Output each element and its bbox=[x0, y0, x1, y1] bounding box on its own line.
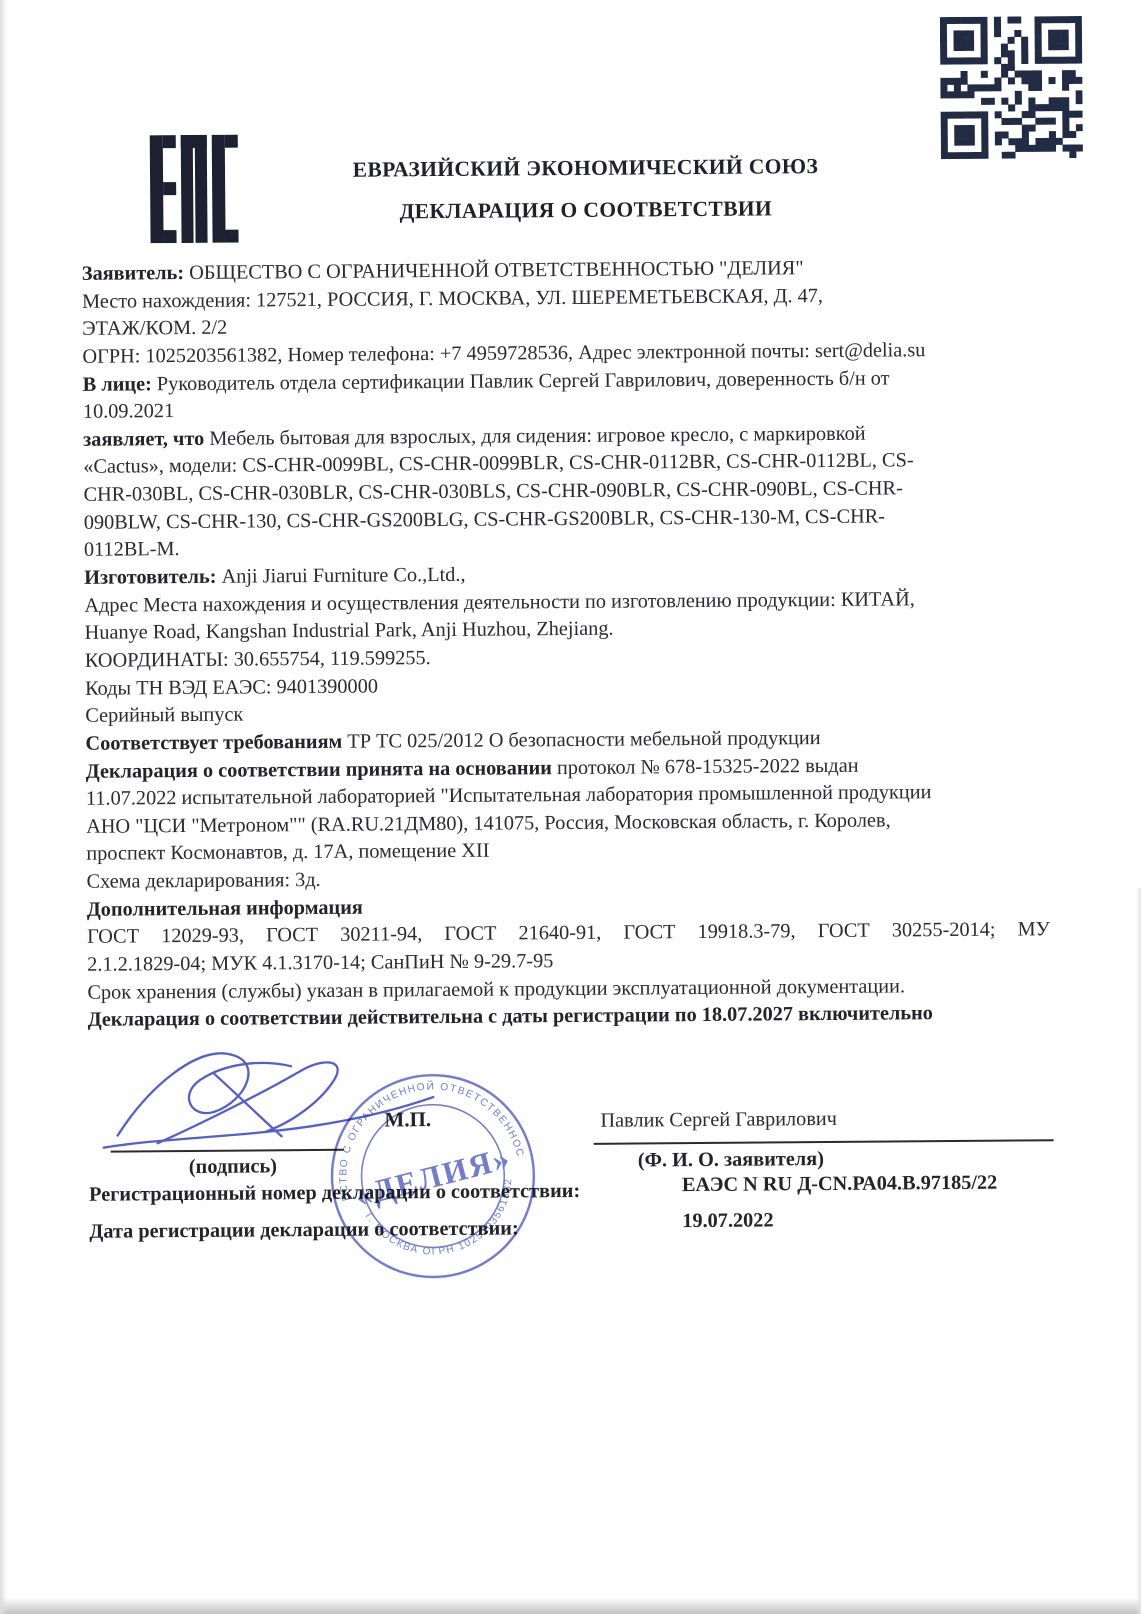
qr-code bbox=[940, 16, 1083, 159]
body-text: 11.07.2022 испытательной лабораторией "И… bbox=[86, 781, 932, 810]
registration-date-value: 19.07.2022 bbox=[682, 1209, 773, 1233]
body-text: ТР ТС 025/2012 О безопасности мебельной … bbox=[347, 727, 820, 753]
body-label-bold: В лице: bbox=[83, 373, 157, 396]
registration-number-value: ЕАЭС N RU Д-CN.РА04.В.97185/22 bbox=[682, 1172, 997, 1197]
body-label-bold: Декларация о соответствии принята на осн… bbox=[86, 757, 557, 783]
body-text: Адрес Места нахождения и осуществления д… bbox=[84, 588, 914, 617]
body-label-bold: Декларация о соответствии действительна … bbox=[88, 1002, 933, 1031]
body-text: CHR-030BL, CS-CHR-030BLR, CS-CHR-030BLS,… bbox=[83, 478, 902, 506]
body-text: Huanye Road, Kangshan Industrial Park, A… bbox=[85, 618, 614, 644]
eac-conformity-mark-icon bbox=[149, 135, 240, 244]
body-label-bold: Изготовитель: bbox=[84, 566, 222, 589]
body-text: проспект Космонавтов, д. 17А, помещение … bbox=[86, 840, 489, 865]
scan-edge-shadow-right bbox=[1136, 888, 1141, 1614]
body-text: 0112BL-M. bbox=[84, 538, 180, 561]
body-text: ГОСТ 12029-93, ГОСТ 30211-94, ГОСТ 21640… bbox=[87, 919, 1050, 949]
body-label-bold: Соответствует требованиям bbox=[85, 731, 347, 755]
body-text: АНО "ЦСИ "Метроном"" (RA.RU.21ДМ80), 141… bbox=[86, 809, 891, 837]
body-text: Руководитель отдела сертификации Павлик … bbox=[157, 367, 890, 395]
body-text: ОБЩЕСТВО С ОГРАНИЧЕННОЙ ОТВЕТСТВЕННОСТЬЮ… bbox=[189, 257, 804, 284]
body-text: 10.09.2021 bbox=[83, 400, 174, 423]
body-label-bold: Заявитель: bbox=[82, 262, 190, 285]
declaration-body-text: Заявитель: ОБЩЕСТВО С ОГРАНИЧЕННОЙ ОТВЕТ… bbox=[82, 253, 1051, 1034]
fio-line bbox=[594, 1139, 1054, 1145]
body-text: ОГРН: 1025203561382, Номер телефона: +7 … bbox=[82, 339, 925, 368]
applicant-name-caption: (Ф. И. О. заявителя) bbox=[638, 1148, 824, 1172]
signature-caption: (подпись) bbox=[189, 1155, 277, 1179]
applicant-name: Павлик Сергей Гаврилович bbox=[600, 1108, 837, 1133]
body-text: Anji Jiarui Furniture Co.,Ltd., bbox=[221, 564, 465, 588]
body-text: Мебель бытовая для взрослых, для сидения… bbox=[209, 423, 865, 450]
declaration-document-page: ЕВРАЗИЙСКИЙ ЭКОНОМИЧЕСКИЙ СОЮЗ ДЕКЛАРАЦИ… bbox=[0, 0, 1141, 1614]
body-text: КООРДИНАТЫ: 30.655754, 119.599255. bbox=[85, 647, 431, 672]
document-content: ЕВРАЗИЙСКИЙ ЭКОНОМИЧЕСКИЙ СОЮЗ ДЕКЛАРАЦИ… bbox=[0, 0, 1141, 1614]
body-text: Коды ТН ВЭД ЕАЭС: 9401390000 bbox=[85, 675, 378, 699]
scan-edge-shadow-bottom bbox=[0, 1598, 1141, 1614]
scan-edge-shadow-left bbox=[0, 0, 7, 1614]
body-text: Схема декларирования: 3д. bbox=[87, 869, 321, 893]
body-text: «Cactus», модели: CS-CHR-0099BL, CS-CHR-… bbox=[83, 450, 913, 479]
body-label-bold: заявляет, что bbox=[83, 428, 209, 451]
body-text: протокол № 678-15325-2022 выдан bbox=[557, 754, 859, 778]
body-text: 2.1.2.1829-04; МУК 4.1.3170-14; СанПиН №… bbox=[87, 950, 553, 976]
stamp-center-text: «ДЕЛИЯ» bbox=[352, 1140, 515, 1214]
body-text: Серийный выпуск bbox=[85, 704, 243, 727]
body-text: Место нахождения: 127521, РОССИЯ, Г. МОС… bbox=[82, 285, 823, 313]
body-text: 090BLW, CS-CHR-130, CS-CHR-GS200BLG, CS-… bbox=[84, 505, 885, 533]
body-text: Срок хранения (службы) указан в прилагае… bbox=[87, 975, 905, 1003]
body-text: ЭТАЖ/КОМ. 2/2 bbox=[82, 317, 227, 340]
company-stamp: ОБЩЕСТВО С ОГРАНИЧЕННОЙ ОТВЕТСТВЕННОСТЬЮ… bbox=[325, 1068, 541, 1284]
body-label-bold: Дополнительная информация bbox=[87, 896, 363, 920]
